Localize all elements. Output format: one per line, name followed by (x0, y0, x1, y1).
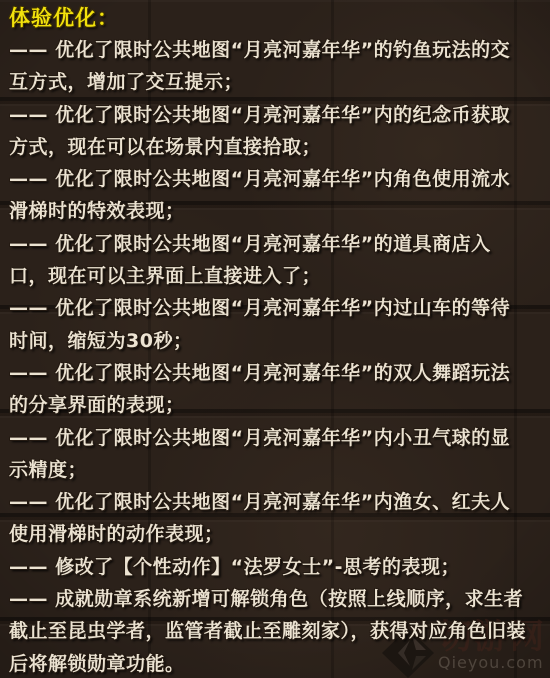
patch-note-item: —— 优化了限时公共地图“月亮河嘉年华”内小丑气球的显示精度； (9, 422, 542, 487)
patch-note-line: —— 成就勋章系统新增可解锁角色（按照上线顺序，求生者 (9, 583, 542, 615)
patch-note-item: —— 优化了限时公共地图“月亮河嘉年华”内过山车的等待时间，缩短为30秒； (9, 292, 542, 357)
patch-note-item: —— 优化了限时公共地图“月亮河嘉年华”内渔女、红夫人使用滑梯时的动作表现； (9, 486, 542, 551)
patch-note-line: —— 修改了【个性动作】“法罗女士”-思考的表现； (9, 551, 542, 583)
patch-note-line: 截止至昆虫学者，监管者截止至雕刻家），获得对应角色旧装 (9, 615, 542, 647)
section-title: 体验优化： (9, 2, 542, 34)
patch-note-line: —— 优化了限时公共地图“月亮河嘉年华”内的纪念币获取 (9, 99, 542, 131)
patch-note-line: 互方式，增加了交互提示； (9, 66, 542, 98)
patch-note-line: —— 优化了限时公共地图“月亮河嘉年华”内过山车的等待 (9, 292, 542, 324)
patch-notes-page: 体验优化： —— 优化了限时公共地图“月亮河嘉年华”的钓鱼玩法的交互方式，增加了… (0, 0, 550, 678)
patch-note-item: —— 优化了限时公共地图“月亮河嘉年华”内的纪念币获取方式，现在可以在场景内直接… (9, 99, 542, 164)
patch-note-line: 方式，现在可以在场景内直接拾取； (9, 131, 542, 163)
patch-note-item: —— 优化了限时公共地图“月亮河嘉年华”内角色使用流水滑梯时的特效表现； (9, 163, 542, 228)
patch-note-line: 时间，缩短为30秒； (9, 325, 542, 357)
patch-note-line: —— 优化了限时公共地图“月亮河嘉年华”的钓鱼玩法的交 (9, 34, 542, 66)
patch-note-line: 后将解锁勋章功能。 (9, 648, 542, 678)
patch-notes-content: 体验优化： —— 优化了限时公共地图“月亮河嘉年华”的钓鱼玩法的交互方式，增加了… (0, 0, 550, 678)
patch-note-line: 的分享界面的表现； (9, 389, 542, 421)
patch-note-line: —— 优化了限时公共地图“月亮河嘉年华”内小丑气球的显 (9, 422, 542, 454)
patch-note-line: 滑梯时的特效表现； (9, 195, 542, 227)
patch-note-item: —— 优化了限时公共地图“月亮河嘉年华”的钓鱼玩法的交互方式，增加了交互提示； (9, 34, 542, 99)
patch-note-item: —— 成就勋章系统新增可解锁角色（按照上线顺序，求生者截止至昆虫学者，监管者截止… (9, 583, 542, 678)
patch-note-line: 使用滑梯时的动作表现； (9, 518, 542, 550)
patch-note-item: —— 优化了限时公共地图“月亮河嘉年华”的双人舞蹈玩法的分享界面的表现； (9, 357, 542, 422)
patch-note-line: 示精度； (9, 454, 542, 486)
patch-note-line: —— 优化了限时公共地图“月亮河嘉年华”内渔女、红夫人 (9, 486, 542, 518)
patch-note-line: —— 优化了限时公共地图“月亮河嘉年华”的双人舞蹈玩法 (9, 357, 542, 389)
patch-note-item: —— 优化了限时公共地图“月亮河嘉年华”的道具商店入口，现在可以主界面上直接进入… (9, 228, 542, 293)
patch-note-line: 口，现在可以主界面上直接进入了； (9, 260, 542, 292)
patch-note-line: —— 优化了限时公共地图“月亮河嘉年华”的道具商店入 (9, 228, 542, 260)
notes-list: —— 优化了限时公共地图“月亮河嘉年华”的钓鱼玩法的交互方式，增加了交互提示；—… (9, 34, 542, 678)
patch-note-line: —— 优化了限时公共地图“月亮河嘉年华”内角色使用流水 (9, 163, 542, 195)
patch-note-item: —— 修改了【个性动作】“法罗女士”-思考的表现； (9, 551, 542, 583)
